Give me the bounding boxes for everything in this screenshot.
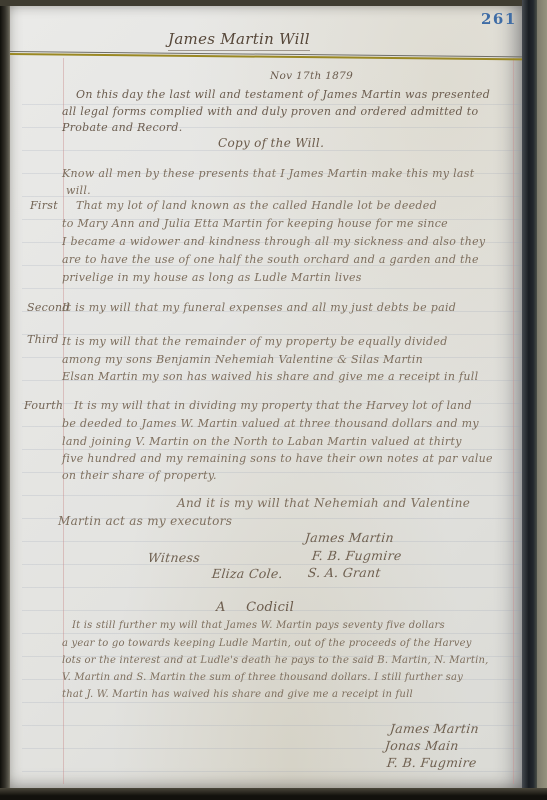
witness-signature: S. A. Grant [307,565,381,580]
right-margin-line [513,58,514,784]
will-line: to Mary Ann and Julia Etta Martin for ke… [62,217,448,230]
will-line: privelige in my house as long as Ludle M… [62,271,362,284]
section-label-fourth: Fourth [24,399,63,412]
codicil-signature: James Martin [389,721,480,736]
probate-line: On this day the last will and testament … [76,88,490,101]
codicil-line: V. Martin and S. Martin the sum of three… [62,672,463,683]
codicil-signature: Jonas Main [384,738,459,753]
codicil-line: a year to go towards keeping Ludle Marti… [62,638,472,649]
copy-of-will-heading: Copy of the Will. [218,136,324,150]
witness-signature: Eliza Cole. [211,566,283,581]
page-number: 261 [481,10,517,28]
preamble-line: will. [66,184,91,197]
testator-signature: James Martin [304,530,395,545]
will-line: That my lot of land known as the called … [76,199,437,212]
executor-line: And it is my will that Nehemiah and Vale… [177,496,470,510]
probate-line: all legal forms complied with and duly p… [62,105,478,118]
preamble-line: Know all men by these presents that I Ja… [62,167,474,180]
book-binding [522,0,537,800]
will-line: are to have the use of one half the sout… [62,253,479,266]
probate-date: Nov 17th 1879 [270,70,353,82]
section-label-third: Third [27,333,59,346]
codicil-line: It is still further my will that James W… [72,620,445,631]
will-line: It is my will that my funeral expenses a… [62,301,456,314]
will-line: be deeded to James W. Martin valued at t… [62,417,479,430]
executor-line: Martin act as my executors [58,514,232,528]
will-line: among my sons Benjamin Nehemiah Valentin… [62,353,423,366]
will-line: land joining V. Martin on the North to L… [62,435,462,448]
codicil-line: lots or the interest and at Ludle's deat… [62,655,489,666]
codicil-signature: F. B. Fugmire [386,755,477,770]
book-bottom-edge [0,788,547,800]
probate-line: Probate and Record. [62,121,183,134]
book-cover [537,0,547,800]
witness-signature: F. B. Fugmire [311,548,402,563]
section-label-first: First [30,199,58,212]
codicil-heading: A Codicil [216,600,294,615]
codicil-line: that J. W. Martin has waived his share a… [62,689,413,700]
book-top-edge [0,0,547,6]
book-left-edge [0,0,10,800]
will-line: on their share of property. [62,469,217,482]
will-line: It is my will that the remainder of my p… [62,335,448,348]
will-line: five hundred and my remaining sons to ha… [62,452,493,465]
witness-label: Witness [147,550,201,565]
ledger-photograph: 261 James Martin Will Nov 17th 1879 On t… [0,0,547,800]
document-title: James Martin Will [168,30,310,51]
will-line: It is my will that in dividing my proper… [74,399,472,412]
will-line: Elsan Martin my son has waived his share… [62,370,478,383]
will-line: I became a widower and kindness through … [62,235,485,248]
